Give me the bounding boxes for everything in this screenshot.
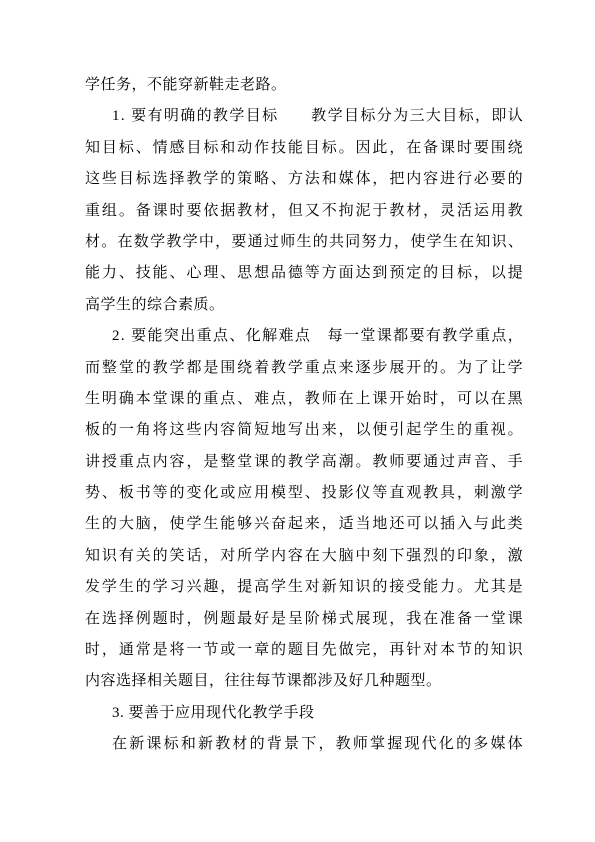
text-line: 能力、技能、心理、思想品德等方面达到预定的目标，以提 bbox=[85, 258, 523, 289]
text-line: 学任务，不能穿新鞋走老路。 bbox=[85, 70, 523, 101]
text-line: 知识有关的笑话，对所学内容在大脑中刻下强烈的印象，激 bbox=[85, 541, 523, 572]
document-page: 学任务，不能穿新鞋走老路。 1. 要有明确的教学目标 教学目标分为三大目标，即认… bbox=[0, 0, 595, 842]
text-line: 而整堂的教学都是围绕着教学重点来逐步展开的。为了让学 bbox=[85, 353, 523, 384]
text-line: 生明确本堂课的重点、难点，教师在上课开始时，可以在黑 bbox=[85, 384, 523, 415]
text-line: 高学生的综合素质。 bbox=[85, 290, 523, 321]
text-line: 知目标、情感目标和动作技能目标。因此，在备课时要围绕 bbox=[85, 133, 523, 164]
text-line: 时，通常是将一节或一章的题目先做完，再针对本节的知识 bbox=[85, 635, 523, 666]
text-line: 2. 要能突出重点、化解难点 每一堂课都要有教学重点， bbox=[85, 321, 523, 352]
text-line: 在新课标和新教材的背景下，教师掌握现代化的多媒体 bbox=[85, 729, 523, 760]
text-line: 讲授重点内容，是整堂课的教学高潮。教师要通过声音、手 bbox=[85, 447, 523, 478]
text-line: 这些目标选择教学的策略、方法和媒体，把内容进行必要的 bbox=[85, 164, 523, 195]
document-body: 学任务，不能穿新鞋走老路。 1. 要有明确的教学目标 教学目标分为三大目标，即认… bbox=[85, 70, 523, 761]
text-line: 内容选择相关题目，往往每节课都涉及好几种题型。 bbox=[85, 666, 523, 697]
text-line: 板的一角将这些内容简短地写出来，以便引起学生的重视。 bbox=[85, 415, 523, 446]
text-line: 材。在数学教学中，要通过师生的共同努力，使学生在知识、 bbox=[85, 227, 523, 258]
text-line: 发学生的学习兴趣，提高学生对新知识的接受能力。尤其是 bbox=[85, 572, 523, 603]
text-line: 3. 要善于应用现代化教学手段 bbox=[85, 698, 523, 729]
text-line: 生的大脑，使学生能够兴奋起来，适当地还可以插入与此类 bbox=[85, 509, 523, 540]
text-line: 势、板书等的变化或应用模型、投影仪等直观教具，刺激学 bbox=[85, 478, 523, 509]
text-line: 重组。备课时要依据教材，但又不拘泥于教材，灵活运用教 bbox=[85, 196, 523, 227]
text-line: 在选择例题时，例题最好是呈阶梯式展现，我在准备一堂课 bbox=[85, 604, 523, 635]
text-line: 1. 要有明确的教学目标 教学目标分为三大目标，即认 bbox=[85, 101, 523, 132]
